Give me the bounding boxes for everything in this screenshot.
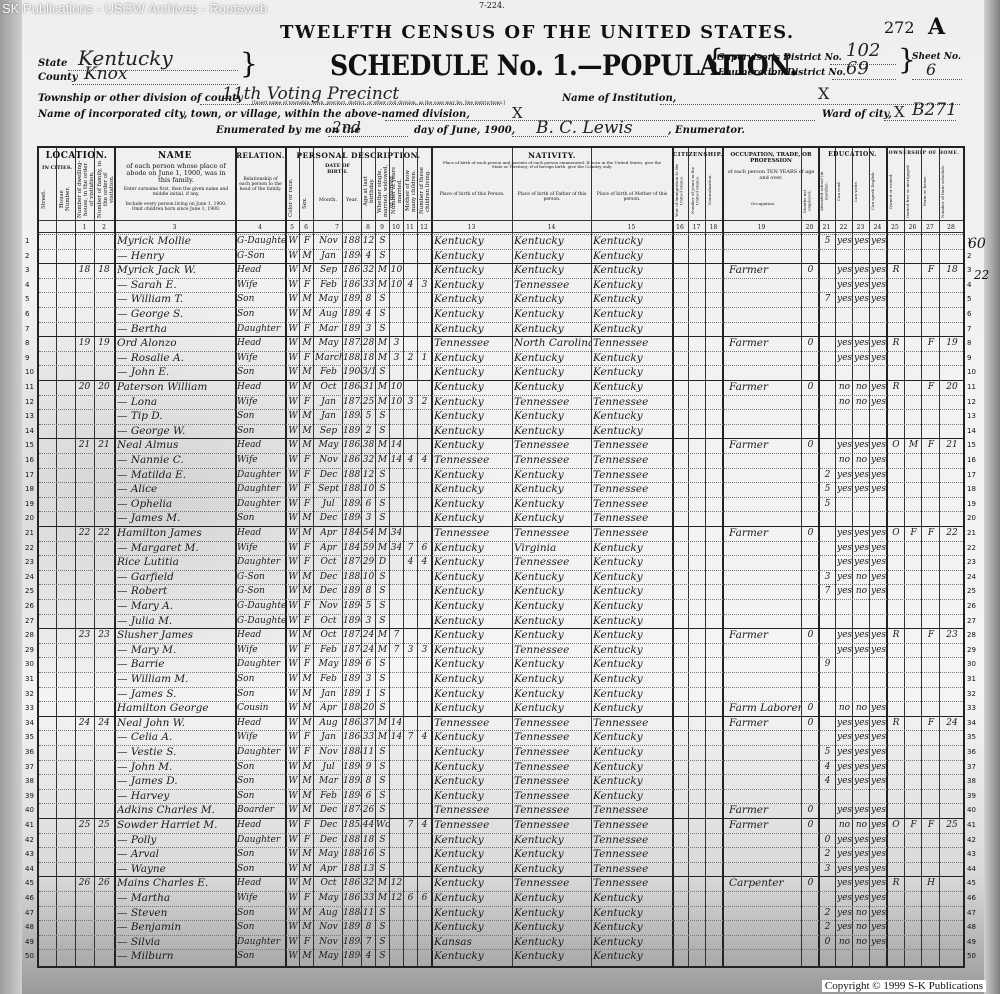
- line-number-right: 7: [967, 325, 971, 333]
- birthplace-father: Kentucky: [514, 628, 591, 642]
- line-number-left: 14: [25, 427, 34, 435]
- column-number: 15: [591, 224, 672, 231]
- occupation: Farmer: [729, 263, 801, 277]
- birth-month: May: [315, 847, 342, 861]
- relation: Son: [237, 292, 285, 306]
- family-number: 18: [94, 263, 114, 277]
- years-married: 14: [390, 730, 403, 744]
- birthplace-mother: Tennessee: [593, 847, 672, 861]
- line-number-right: 19: [967, 500, 976, 508]
- can-write: no: [854, 701, 869, 715]
- marital-status: M: [376, 278, 389, 292]
- sex: M: [301, 862, 313, 876]
- birthplace-mother: Kentucky: [593, 614, 672, 628]
- color: W: [287, 701, 299, 715]
- owned-rented: R: [888, 716, 904, 730]
- line-number-left: 2: [25, 252, 29, 260]
- birth-month: Dec: [315, 818, 342, 832]
- person-name: — Silvia: [117, 935, 235, 949]
- hdr-name-note1: Enter surname first, then the given name…: [121, 188, 231, 198]
- birth-month: Sep: [315, 263, 342, 277]
- marital-status: M: [376, 628, 389, 642]
- months-unemployed: 0: [803, 803, 818, 817]
- birthplace-person: Kentucky: [434, 876, 512, 890]
- line-number-left: 47: [25, 909, 34, 917]
- sheet-letter: A: [928, 14, 945, 40]
- age: 20: [362, 701, 375, 715]
- farm-schedule: 19: [941, 336, 963, 350]
- table-row: — Vestie S.DaughterWFNov188811SKentuckyT…: [39, 745, 963, 759]
- birthplace-father: Kentucky: [514, 497, 591, 511]
- birthplace-mother: Tennessee: [593, 453, 672, 467]
- can-write: yes: [854, 716, 869, 730]
- table-row: — George S.SonWMAug18954SKentuckyKentuck…: [39, 307, 963, 321]
- relation: Head: [237, 876, 285, 890]
- birth-year: 1887: [343, 234, 361, 248]
- birth-month: May: [315, 949, 342, 963]
- hdr-relation-desc: Relationship of each person to the head …: [238, 178, 283, 193]
- can-write: yes: [854, 351, 869, 365]
- children-living: 4: [418, 453, 431, 467]
- can-write: yes: [854, 526, 869, 540]
- birth-year: 1868: [343, 380, 361, 394]
- line-number-right: 37: [967, 763, 976, 771]
- person-name: — Barrie: [117, 657, 235, 671]
- school-months: 2: [820, 906, 835, 920]
- age: 11: [362, 745, 375, 759]
- table-row: Adkins Charles M.BoarderWMDec187426STenn…: [39, 803, 963, 817]
- family-number: 21: [94, 438, 114, 452]
- line-number-left: 9: [25, 354, 29, 362]
- age: 33: [362, 891, 375, 905]
- marital-status: S: [376, 322, 389, 336]
- years-married: 12: [390, 876, 403, 890]
- birth-year: 1888: [343, 745, 361, 759]
- birthplace-person: Kentucky: [434, 395, 512, 409]
- birth-year: 1862: [343, 716, 361, 730]
- can-speak-english: yes: [871, 891, 886, 905]
- relation: Son: [237, 862, 285, 876]
- table-row: — Mary A.G-DaughterWFNov18945SKentuckyKe…: [39, 599, 963, 613]
- line-number-left: 1: [25, 237, 29, 245]
- farm-schedule: 21: [941, 438, 963, 452]
- mother-of: 4: [404, 453, 417, 467]
- line-number-right: 40: [967, 806, 976, 814]
- hdr-year: Year.: [343, 198, 361, 204]
- marital-status: M: [376, 891, 389, 905]
- age: 18: [362, 351, 375, 365]
- person-name: — Julia M.: [117, 614, 235, 628]
- birth-year: 1895: [343, 307, 361, 321]
- can-read: yes: [837, 628, 852, 642]
- hdr-nativity: NATIVITY.: [432, 152, 672, 160]
- line-number-right: 10: [967, 368, 976, 376]
- birthplace-mother: Kentucky: [593, 643, 672, 657]
- birth-year: 1867: [343, 263, 361, 277]
- can-speak-english: yes: [871, 584, 886, 598]
- birth-year: 1892: [343, 774, 361, 788]
- can-speak-english: yes: [871, 292, 886, 306]
- birthplace-father: Kentucky: [514, 482, 591, 496]
- birth-year: 1893: [343, 935, 361, 949]
- age: 54: [362, 526, 375, 540]
- hdr-family: Number of family, in the order of visita…: [97, 160, 112, 218]
- hdr-month: Month.: [314, 198, 342, 204]
- birth-year: 1894: [343, 789, 361, 803]
- birth-month: Dec: [315, 803, 342, 817]
- line-number-right: 14: [967, 427, 976, 435]
- farm-schedule: 23: [941, 628, 963, 642]
- dwelling-number: 26: [75, 876, 94, 890]
- color: W: [287, 803, 299, 817]
- can-write: yes: [854, 876, 869, 890]
- mother-of: 2: [404, 351, 417, 365]
- person-name: Rice Lutitia: [117, 555, 235, 569]
- color: W: [287, 336, 299, 350]
- birthplace-father: Kentucky: [514, 935, 591, 949]
- birthplace-person: Kentucky: [434, 789, 512, 803]
- marital-status: M: [376, 876, 389, 890]
- years-married: 10: [390, 263, 403, 277]
- sex: M: [301, 424, 313, 438]
- can-speak-english: yes: [871, 628, 886, 642]
- birthplace-father: Kentucky: [514, 468, 591, 482]
- color: W: [287, 643, 299, 657]
- owned-rented: R: [888, 263, 904, 277]
- can-speak-english: yes: [871, 833, 886, 847]
- sex: M: [301, 526, 313, 540]
- person-name: — Wayne: [117, 862, 235, 876]
- line-number-left: 13: [25, 412, 34, 420]
- sex: F: [301, 322, 313, 336]
- person-name: — George S.: [117, 307, 235, 321]
- colnum-line: [39, 220, 963, 221]
- birthplace-person: Kentucky: [434, 949, 512, 963]
- table-row: Rice LutitiaDaughterWFOct187029D44Kentuc…: [39, 555, 963, 569]
- birthplace-person: Kentucky: [434, 409, 512, 423]
- age: 32: [362, 453, 375, 467]
- birthplace-person: Kentucky: [434, 511, 512, 525]
- can-write: yes: [854, 292, 869, 306]
- enumeration-label: Enumeration District No.: [718, 68, 846, 78]
- birthplace-mother: Kentucky: [593, 760, 672, 774]
- birthplace-person: Kentucky: [434, 365, 512, 379]
- line-number-right: 43: [967, 850, 976, 858]
- birthplace-mother: Kentucky: [593, 935, 672, 949]
- birth-year: 1882: [343, 351, 361, 365]
- occupation: Farmer: [729, 716, 801, 730]
- marital-status: M: [376, 730, 389, 744]
- marital-status: S: [376, 906, 389, 920]
- birthplace-father: Kentucky: [514, 657, 591, 671]
- birthplace-father: Kentucky: [514, 409, 591, 423]
- age: 37: [362, 716, 375, 730]
- relation: Daughter: [237, 482, 285, 496]
- color: W: [287, 482, 299, 496]
- birthplace-mother: Kentucky: [593, 657, 672, 671]
- color: W: [287, 891, 299, 905]
- farm-house: H: [923, 876, 939, 890]
- sex: M: [301, 570, 313, 584]
- table-row: — BerthaDaughterWFMar18973SKentuckyKentu…: [39, 322, 963, 336]
- sex: M: [301, 336, 313, 350]
- birthplace-father: Kentucky: [514, 234, 591, 248]
- color: W: [287, 774, 299, 788]
- table-row: — Rosalie A.WifeWFMarch188218M321Kentuck…: [39, 351, 963, 365]
- line-number-right: 47: [967, 909, 976, 917]
- school-months: 5: [820, 497, 835, 511]
- marital-status: S: [376, 511, 389, 525]
- farm-house: F: [923, 263, 939, 277]
- birth-month: Mar: [315, 322, 342, 336]
- form-number: 7-224.: [479, 1, 505, 10]
- relation: Wife: [237, 643, 285, 657]
- occupation: Farmer: [729, 628, 801, 642]
- years-married: 7: [390, 643, 403, 657]
- line-number-left: 22: [25, 544, 34, 552]
- birth-year: 1897: [343, 322, 361, 336]
- table-row: — HenryG-SonWMJan18964SKentuckyKentuckyK…: [39, 249, 963, 263]
- line-number-right: 13: [967, 412, 976, 420]
- line-number-right: 5: [967, 295, 971, 303]
- hdr-name: NAME: [115, 152, 235, 162]
- can-speak-english: yes: [871, 234, 886, 248]
- copyright: Copyright © 1999 S-K Publications: [822, 980, 986, 992]
- dwelling-number: 18: [75, 263, 94, 277]
- can-read: no: [837, 818, 852, 832]
- relation: Wife: [237, 351, 285, 365]
- birth-month: May: [315, 657, 342, 671]
- line-number-left: 21: [25, 529, 34, 537]
- city-value: X: [512, 104, 523, 122]
- table-row: — John E.SonWMFeb19003/12SKentuckyKentuc…: [39, 365, 963, 379]
- marital-status: S: [376, 935, 389, 949]
- can-speak-english: yes: [871, 862, 886, 876]
- marital-status: S: [376, 365, 389, 379]
- birthplace-father: Tennessee: [514, 745, 591, 759]
- birth-year: 1887: [343, 862, 361, 876]
- can-speak-english: yes: [871, 876, 886, 890]
- line-number-right: 23: [967, 558, 976, 566]
- person-name: Slusher James: [117, 628, 235, 642]
- occupation: Carpenter: [729, 876, 801, 890]
- line-number-right: 17: [967, 471, 976, 479]
- occupation: Farmer: [729, 803, 801, 817]
- years-married: 10: [390, 278, 403, 292]
- birthplace-father: Tennessee: [514, 803, 591, 817]
- hdr-occupation: OCCUPATION, TRADE, OR PROFESSION: [725, 152, 817, 164]
- can-speak-english: yes: [871, 482, 886, 496]
- birthplace-father: Tennessee: [514, 278, 591, 292]
- person-name: — Milburn: [117, 949, 235, 963]
- owned-rented: O: [888, 818, 904, 832]
- can-read: yes: [837, 468, 852, 482]
- birthplace-person: Kentucky: [434, 643, 512, 657]
- can-read: yes: [837, 555, 852, 569]
- hdr-mother-of: Mother of how many children.: [405, 164, 415, 218]
- can-read: yes: [837, 760, 852, 774]
- age: 7: [362, 935, 375, 949]
- color: W: [287, 818, 299, 832]
- birthplace-person: Kentucky: [434, 278, 512, 292]
- children-living: 6: [418, 541, 431, 555]
- color: W: [287, 935, 299, 949]
- marital-status: M: [376, 336, 389, 350]
- months-unemployed: 0: [803, 716, 818, 730]
- age: 32: [362, 876, 375, 890]
- sex: F: [301, 818, 313, 832]
- age: 29: [362, 555, 375, 569]
- birth-year: 1891: [343, 920, 361, 934]
- sex: M: [301, 876, 313, 890]
- birthplace-mother: Tennessee: [593, 482, 672, 496]
- birth-year: 1884: [343, 847, 361, 861]
- birthplace-person: Kentucky: [434, 263, 512, 277]
- line-number-right: 25: [967, 587, 976, 595]
- township-note: [Insert name of township, town, precinct…: [252, 101, 505, 106]
- sex: F: [301, 643, 313, 657]
- hdr-house-number: House Number.: [59, 180, 71, 218]
- person-name: Paterson William: [117, 380, 235, 394]
- relation: Son: [237, 687, 285, 701]
- birthplace-mother: Tennessee: [593, 862, 672, 876]
- line-number-left: 18: [25, 485, 34, 493]
- marital-status: S: [376, 745, 389, 759]
- line-number-right: 46: [967, 894, 976, 902]
- sex: M: [301, 409, 313, 423]
- birth-month: Jul: [315, 497, 342, 511]
- birthplace-mother: Kentucky: [593, 322, 672, 336]
- birthplace-person: Kentucky: [434, 657, 512, 671]
- birthplace-mother: Kentucky: [593, 292, 672, 306]
- mother-of: 3: [404, 643, 417, 657]
- hdr-age: Age at last birthday.: [363, 164, 373, 218]
- can-write: yes: [854, 643, 869, 657]
- school-months: 4: [820, 774, 835, 788]
- sex: F: [301, 482, 313, 496]
- birthplace-father: Kentucky: [514, 249, 591, 263]
- birth-year: 1867: [343, 453, 361, 467]
- line-number-left: 20: [25, 514, 34, 522]
- column-number: 9: [375, 224, 389, 231]
- table-row: — Matilda E.DaughterWFDec188712SKentucky…: [39, 468, 963, 482]
- sex: M: [301, 263, 313, 277]
- birthplace-mother: Kentucky: [593, 745, 672, 759]
- children-living: 3: [418, 643, 431, 657]
- person-name: Mains Charles E.: [117, 876, 235, 890]
- can-speak-english: yes: [871, 380, 886, 394]
- line-number-right: 28: [967, 631, 976, 639]
- can-read: no: [837, 380, 852, 394]
- hdr-name-desc: of each person whose place of abode on J…: [121, 163, 231, 184]
- birth-year: 1896: [343, 614, 361, 628]
- can-read: yes: [837, 643, 852, 657]
- mother-of: 7: [404, 730, 417, 744]
- birthplace-mother: Kentucky: [593, 278, 672, 292]
- color: W: [287, 234, 299, 248]
- children-living: 6: [418, 891, 431, 905]
- birthplace-father: Kentucky: [514, 599, 591, 613]
- relation: Head: [237, 438, 285, 452]
- color: W: [287, 292, 299, 306]
- marital-status: S: [376, 920, 389, 934]
- marital-status: M: [376, 380, 389, 394]
- color: W: [287, 307, 299, 321]
- sex: M: [301, 672, 313, 686]
- school-months: 3: [820, 570, 835, 584]
- table-row: Myrick MollieG-DaughterWFNov188712SKentu…: [39, 234, 963, 248]
- birthplace-mother: Tennessee: [593, 526, 672, 540]
- line-number-left: 15: [25, 441, 34, 449]
- mother-of: 4: [404, 278, 417, 292]
- age: 3: [362, 614, 375, 628]
- birthplace-father: Kentucky: [514, 906, 591, 920]
- birthplace-father: Kentucky: [514, 511, 591, 525]
- hdr-farm-schedule: Number of farm schedule.: [941, 164, 955, 218]
- color: W: [287, 876, 299, 890]
- birthplace-person: Kentucky: [434, 570, 512, 584]
- hdr-read: Can read.: [837, 164, 851, 218]
- birth-year: 1867: [343, 891, 361, 905]
- relation: Son: [237, 949, 285, 963]
- marital-status: S: [376, 687, 389, 701]
- line-number-right: 22: [967, 544, 976, 552]
- children-living: 2: [418, 395, 431, 409]
- marital-status: S: [376, 234, 389, 248]
- birth-month: May: [315, 292, 342, 306]
- person-name: Sowder Harriet M.: [117, 818, 235, 832]
- age: 8: [362, 584, 375, 598]
- months-unemployed: 0: [803, 628, 818, 642]
- marital-status: D: [376, 555, 389, 569]
- header-bottom-line: [39, 232, 963, 233]
- hdr-dob: DATE OF BIRTH.: [314, 164, 361, 175]
- line-number-right: 35: [967, 733, 976, 741]
- column-number: 24: [869, 224, 886, 231]
- birthplace-person: Kentucky: [434, 424, 512, 438]
- side-note-second: 22: [974, 268, 989, 282]
- birthplace-mother: Kentucky: [593, 789, 672, 803]
- mother-of: 7: [404, 541, 417, 555]
- column-number: 21: [818, 224, 835, 231]
- line-number-left: 28: [25, 631, 34, 639]
- column-number: 22: [835, 224, 852, 231]
- birthplace-father: Tennessee: [514, 730, 591, 744]
- line-number-left: 42: [25, 836, 34, 844]
- birthplace-father: Kentucky: [514, 380, 591, 394]
- age: 4: [362, 307, 375, 321]
- can-read: yes: [837, 541, 852, 555]
- person-name: — Benjamin: [117, 920, 235, 934]
- line-number-right: 32: [967, 690, 976, 698]
- marital-status: S: [376, 599, 389, 613]
- relation: Daughter: [237, 935, 285, 949]
- birthplace-person: Kentucky: [434, 760, 512, 774]
- birth-year: 1899: [343, 687, 361, 701]
- birthplace-mother: Kentucky: [593, 628, 672, 642]
- person-name: Neal John W.: [117, 716, 235, 730]
- age: 26: [362, 803, 375, 817]
- school-months: 0: [820, 935, 835, 949]
- watermark: SK Publications - USGW Archives - Rootsw…: [2, 1, 267, 16]
- enumerator-label: , Enumerator.: [668, 125, 745, 136]
- can-speak-english: yes: [871, 818, 886, 832]
- mother-of: 6: [404, 891, 417, 905]
- person-name: Myrick Mollie: [117, 234, 235, 248]
- line-number-right: 6: [967, 310, 971, 318]
- can-write: yes: [854, 847, 869, 861]
- can-read: yes: [837, 292, 852, 306]
